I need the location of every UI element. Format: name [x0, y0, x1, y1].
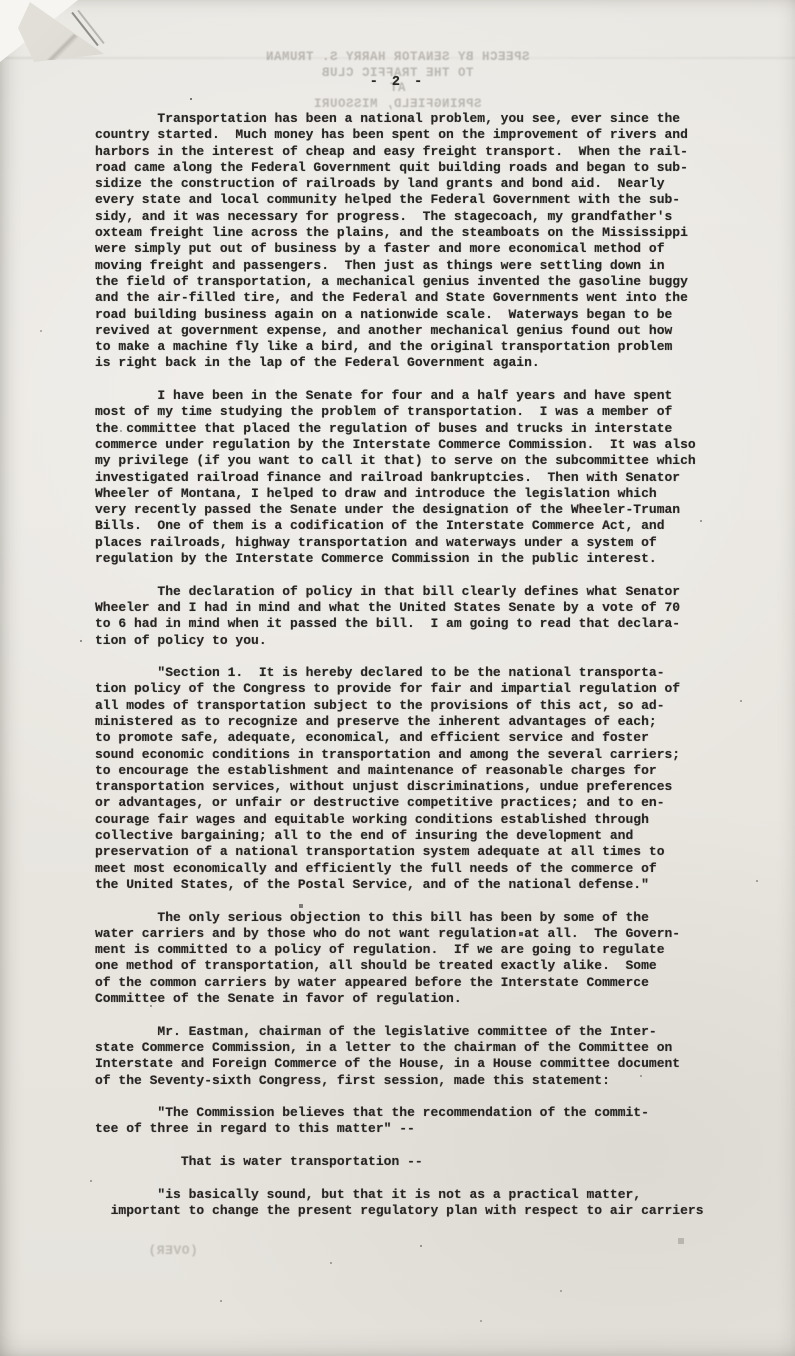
- scanned-document-page: SPEECH BY SENATOR HARRY S. TRUMANTO THE …: [0, 0, 795, 1356]
- paragraph: "is basically sound, but that it is not …: [95, 1187, 740, 1220]
- bleedthrough-over: (OVER): [148, 1243, 198, 1258]
- paragraph: Transportation has been a national probl…: [95, 111, 740, 372]
- paragraph: Mr. Eastman, chairman of the legislative…: [95, 1024, 740, 1089]
- paragraph: The only serious objection to this bill …: [95, 910, 740, 1008]
- bleedthrough-header-line: SPRINGFIELD, MISSOURI: [0, 97, 795, 113]
- paragraph: I have been in the Senate for four and a…: [95, 388, 740, 567]
- paragraph: "The Commission believes that the recomm…: [95, 1105, 740, 1138]
- paragraph: "Section 1. It is hereby declared to be …: [95, 665, 740, 893]
- document-body: Transportation has been a national probl…: [95, 111, 740, 1235]
- paragraph: The declaration of policy in that bill c…: [95, 584, 740, 649]
- paper-crease: [0, 57, 795, 59]
- page-number: - 2 -: [0, 75, 795, 90]
- paragraph: That is water transportation --: [95, 1154, 740, 1170]
